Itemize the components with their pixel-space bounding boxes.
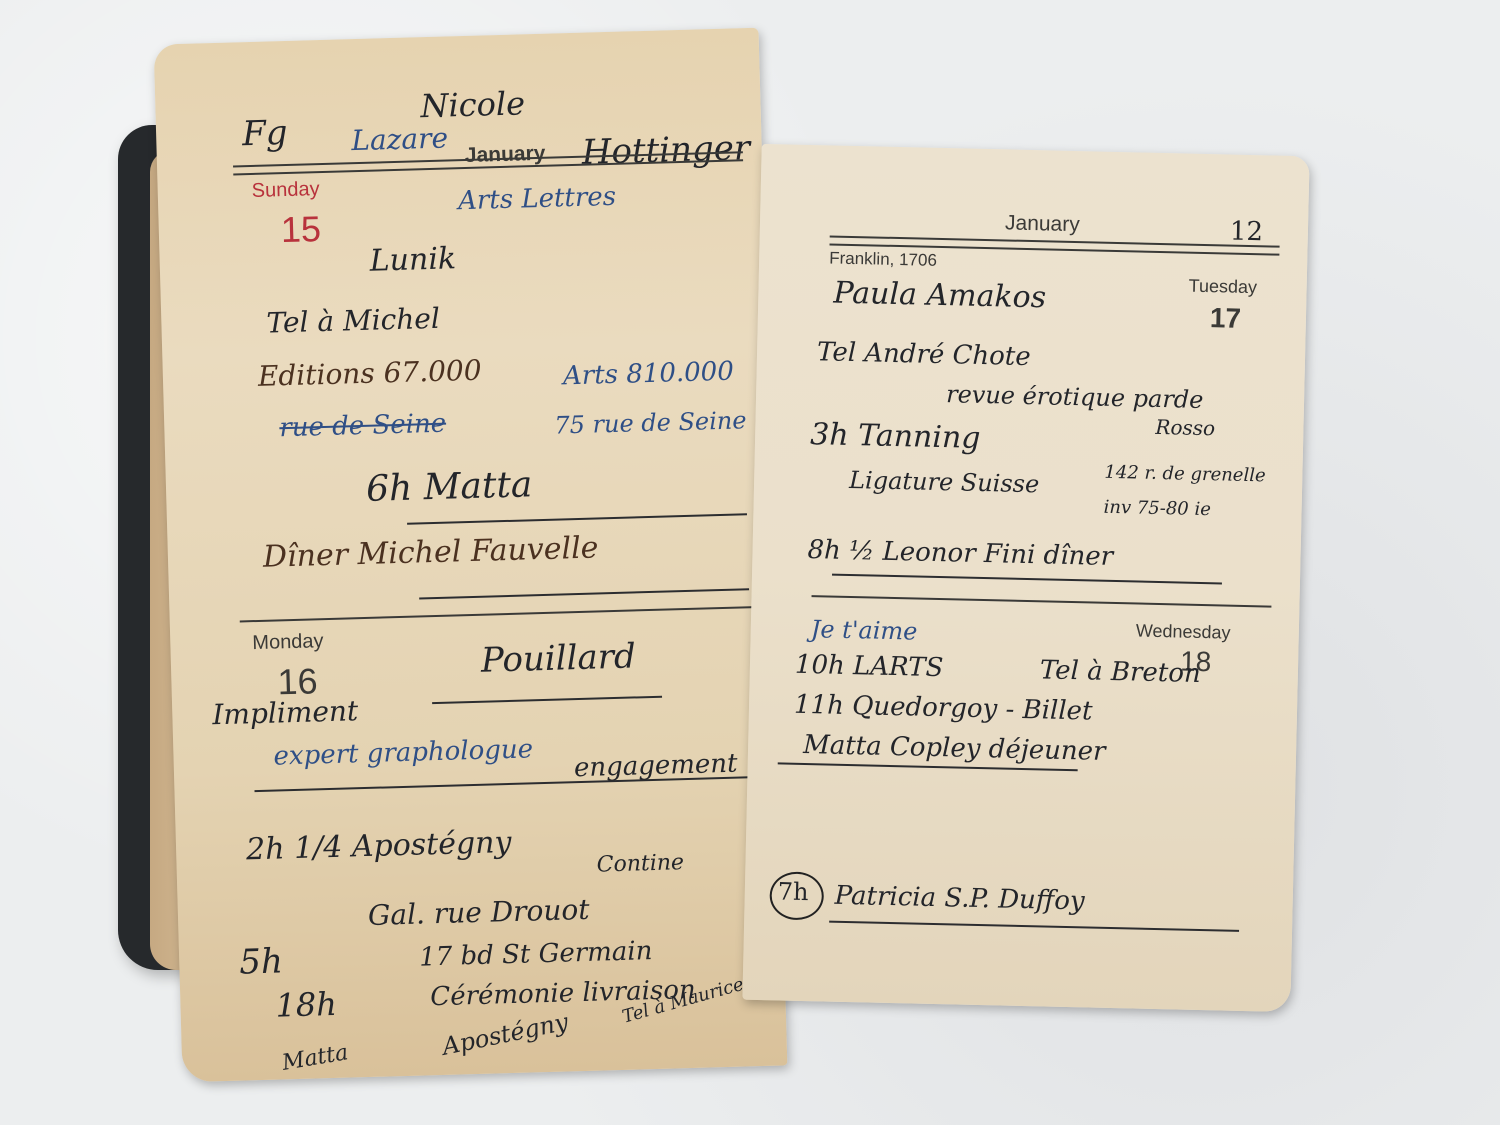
- day-number: 17: [1210, 302, 1242, 335]
- handwritten-note: Hottinger: [581, 128, 750, 173]
- handwritten-note: Paula Amakos: [833, 276, 1046, 316]
- day-divider: [240, 606, 760, 623]
- anniversary-label: Franklin, 1706: [829, 248, 937, 270]
- handwritten-note: Lazare: [351, 121, 449, 157]
- month-label: January: [465, 142, 546, 168]
- handwritten-note: expert graphologue: [273, 734, 533, 771]
- left-page: Fg Nicole Lazare Hottinger January Sunda…: [154, 28, 788, 1082]
- ink-underline: [832, 574, 1222, 585]
- weekday-label: Wednesday: [1136, 621, 1231, 644]
- handwritten-note: 2h 1/4 Apostégny: [246, 825, 512, 867]
- handwritten-note: Nicole: [420, 84, 526, 125]
- handwritten-note: Ligature Suisse: [849, 466, 1040, 498]
- handwritten-note: Arts 810.000: [563, 357, 735, 392]
- month-label: January: [1005, 211, 1080, 237]
- handwritten-note: 6h Matta: [366, 464, 533, 510]
- ink-underline: [432, 696, 662, 704]
- handwritten-note: Rosso: [1155, 415, 1215, 440]
- corner-note: Fg: [242, 113, 288, 154]
- handwritten-note: Patricia S.P. Duffoy: [834, 881, 1085, 917]
- handwritten-note: Matta: [280, 1040, 350, 1076]
- day-number: 15: [280, 208, 321, 251]
- handwritten-note: revue érotique parde: [946, 380, 1204, 414]
- ink-underline: [254, 776, 754, 792]
- week-number: 12: [1230, 217, 1264, 248]
- handwritten-note: Impliment: [212, 694, 359, 731]
- handwritten-note: Tel André Chote: [817, 337, 1031, 372]
- handwritten-note: Editions 67.000: [257, 354, 482, 393]
- handwritten-note: Pouillard: [480, 636, 636, 680]
- handwritten-note: 75 rue de Seine: [554, 406, 747, 439]
- handwritten-note: Lunik: [369, 241, 456, 278]
- handwritten-note: 10h LARTS: [795, 650, 944, 683]
- handwritten-note: 18h: [275, 985, 337, 1025]
- day-divider: [812, 595, 1272, 607]
- handwritten-note: Contine: [596, 850, 684, 877]
- handwritten-note: 8h ½ Leonor Fini dîner: [807, 535, 1113, 572]
- handwritten-note: 7h: [778, 877, 809, 906]
- handwritten-note: Apostégny: [440, 1008, 571, 1061]
- handwritten-note: 5h: [239, 941, 284, 982]
- handwritten-note: 11h Quedorgoy - Billet: [794, 690, 1093, 727]
- handwritten-note-struck: rue de Seine: [279, 409, 447, 444]
- weekday-label: Monday: [252, 630, 324, 655]
- right-page: January 12 Franklin, 1706 Tuesday 17 Pau…: [742, 144, 1309, 1012]
- handwritten-note: 3h Tanning: [810, 417, 981, 456]
- weekday-label: Tuesday: [1188, 276, 1257, 299]
- handwritten-note: Matta Copley déjeuner: [803, 730, 1106, 767]
- handwritten-note: 142 r. de grenelle: [1104, 462, 1266, 487]
- handwritten-note: Dîner Michel Fauvelle: [262, 530, 598, 574]
- handwritten-note: Tel à Michel: [266, 302, 440, 340]
- handwritten-note: 17 bd St Germain: [419, 936, 653, 973]
- handwritten-note: inv 75-80 ie: [1103, 497, 1211, 520]
- handwritten-note: Je t'aime: [810, 615, 917, 645]
- weekday-label: Sunday: [251, 178, 319, 203]
- ink-underline: [407, 513, 747, 524]
- handwritten-note: Arts Lettres: [458, 182, 617, 216]
- ink-underline: [829, 921, 1239, 932]
- handwritten-note: Gal. rue Drouot: [368, 893, 590, 932]
- handwritten-note: Tel à Breton: [1040, 655, 1201, 689]
- ink-underline: [419, 588, 749, 599]
